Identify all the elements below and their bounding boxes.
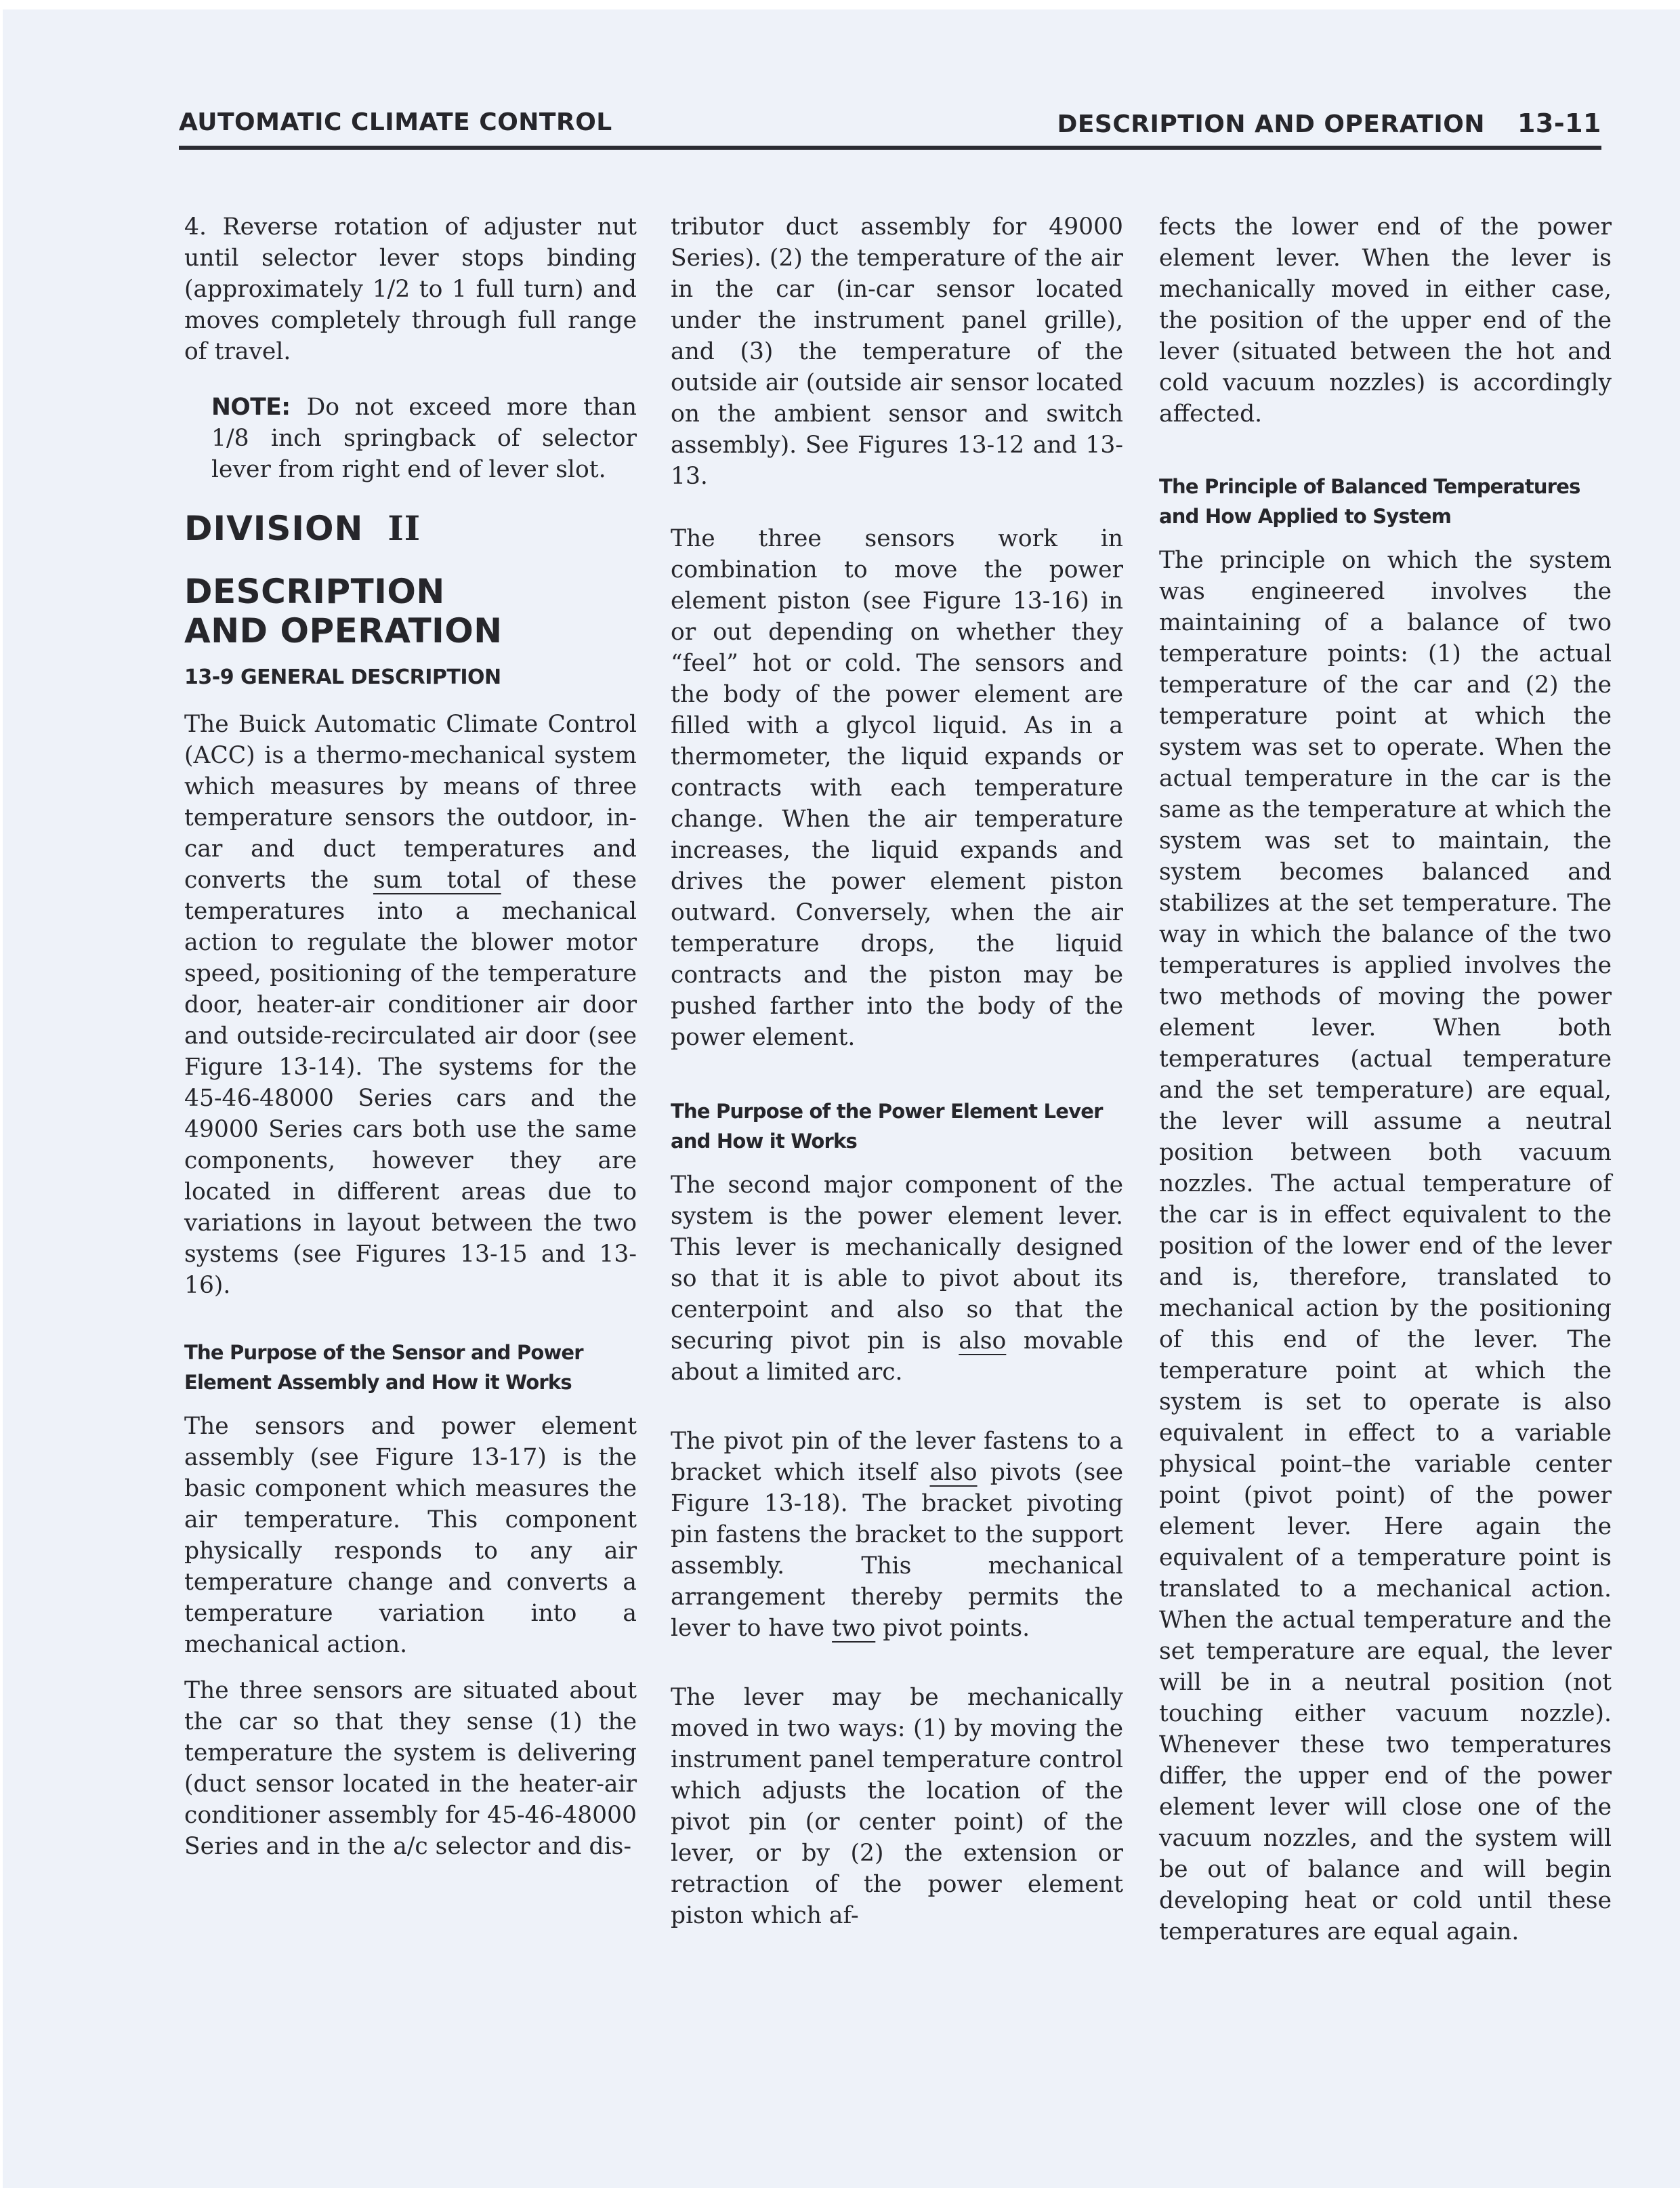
column-1: 4. Reverse rotation of adjuster nut unti… [184, 211, 637, 1877]
sensor-paragraph-1: The sensors and power element assembly (… [184, 1411, 637, 1660]
lever-paragraph-1: The second major component of the system… [671, 1170, 1123, 1388]
text-run: pivot points. [875, 1615, 1030, 1642]
running-header: AUTOMATIC CLIMATE CONTROL DESCRIPTION AN… [177, 102, 1601, 142]
section-title: DESCRIPTION AND OPERATION [184, 572, 637, 651]
section-13-9-heading: 13-9 GENERAL DESCRIPTION [184, 664, 637, 691]
header-section-group: DESCRIPTION AND OPERATION13-11 [1057, 108, 1601, 138]
division-numeral: II [387, 508, 421, 548]
sensor-paragraph-2-continued: tributor duct assembly for 49000 Series)… [671, 211, 1123, 492]
manual-page: AUTOMATIC CLIMATE CONTROL DESCRIPTION AN… [0, 0, 1680, 2188]
subhead-power-element-lever: The Purpose of the Power Element Lever a… [671, 1096, 1123, 1156]
underlined-also: also [959, 1327, 1006, 1355]
header-section-title: DESCRIPTION AND OPERATION [1057, 110, 1485, 138]
section-title-line-2: AND OPERATION [184, 611, 637, 651]
page-number: 13-11 [1517, 108, 1601, 138]
note-block: NOTE:Do not exceed more than 1/8 inch sp… [184, 392, 637, 485]
balance-paragraph: The principle on which the system was en… [1159, 545, 1612, 1947]
lever-paragraph-3-continued: fects the lower end of the power element… [1159, 211, 1612, 430]
header-rule [179, 146, 1601, 150]
division-heading: DIVISIONII [184, 508, 637, 549]
lever-paragraph-3-start: The lever may be mechanically moved in t… [671, 1682, 1123, 1931]
lever-paragraph-2: The pivot pin of the lever fastens to a … [671, 1426, 1123, 1644]
general-description-paragraph: The Buick Automatic Climate Control (ACC… [184, 709, 637, 1301]
underlined-also: also [930, 1459, 978, 1486]
subhead-balanced-temperatures: The Principle of Balanced Temperatures a… [1159, 472, 1612, 531]
division-word: DIVISION [184, 509, 363, 548]
sensor-paragraph-2-start: The three sensors are situated about the… [184, 1675, 637, 1862]
header-chapter-title: AUTOMATIC CLIMATE CONTROL [179, 108, 612, 136]
note-label: NOTE: [211, 394, 291, 421]
column-3: fects the lower end of the power element… [1159, 211, 1612, 1962]
subhead-sensor-assembly: The Purpose of the Sensor and Power Elem… [184, 1338, 637, 1397]
section-title-line-1: DESCRIPTION [184, 572, 637, 611]
step-4-paragraph: 4. Reverse rotation of adjuster nut unti… [184, 211, 637, 367]
text-run: of these temperatures into a mechanical … [184, 867, 637, 1299]
sensor-paragraph-3: The three sensors work in combination to… [671, 523, 1123, 1053]
underlined-two: two [832, 1615, 875, 1642]
underlined-sum-total: sum total [373, 867, 501, 894]
column-2: tributor duct assembly for 49000 Series)… [671, 211, 1123, 1946]
